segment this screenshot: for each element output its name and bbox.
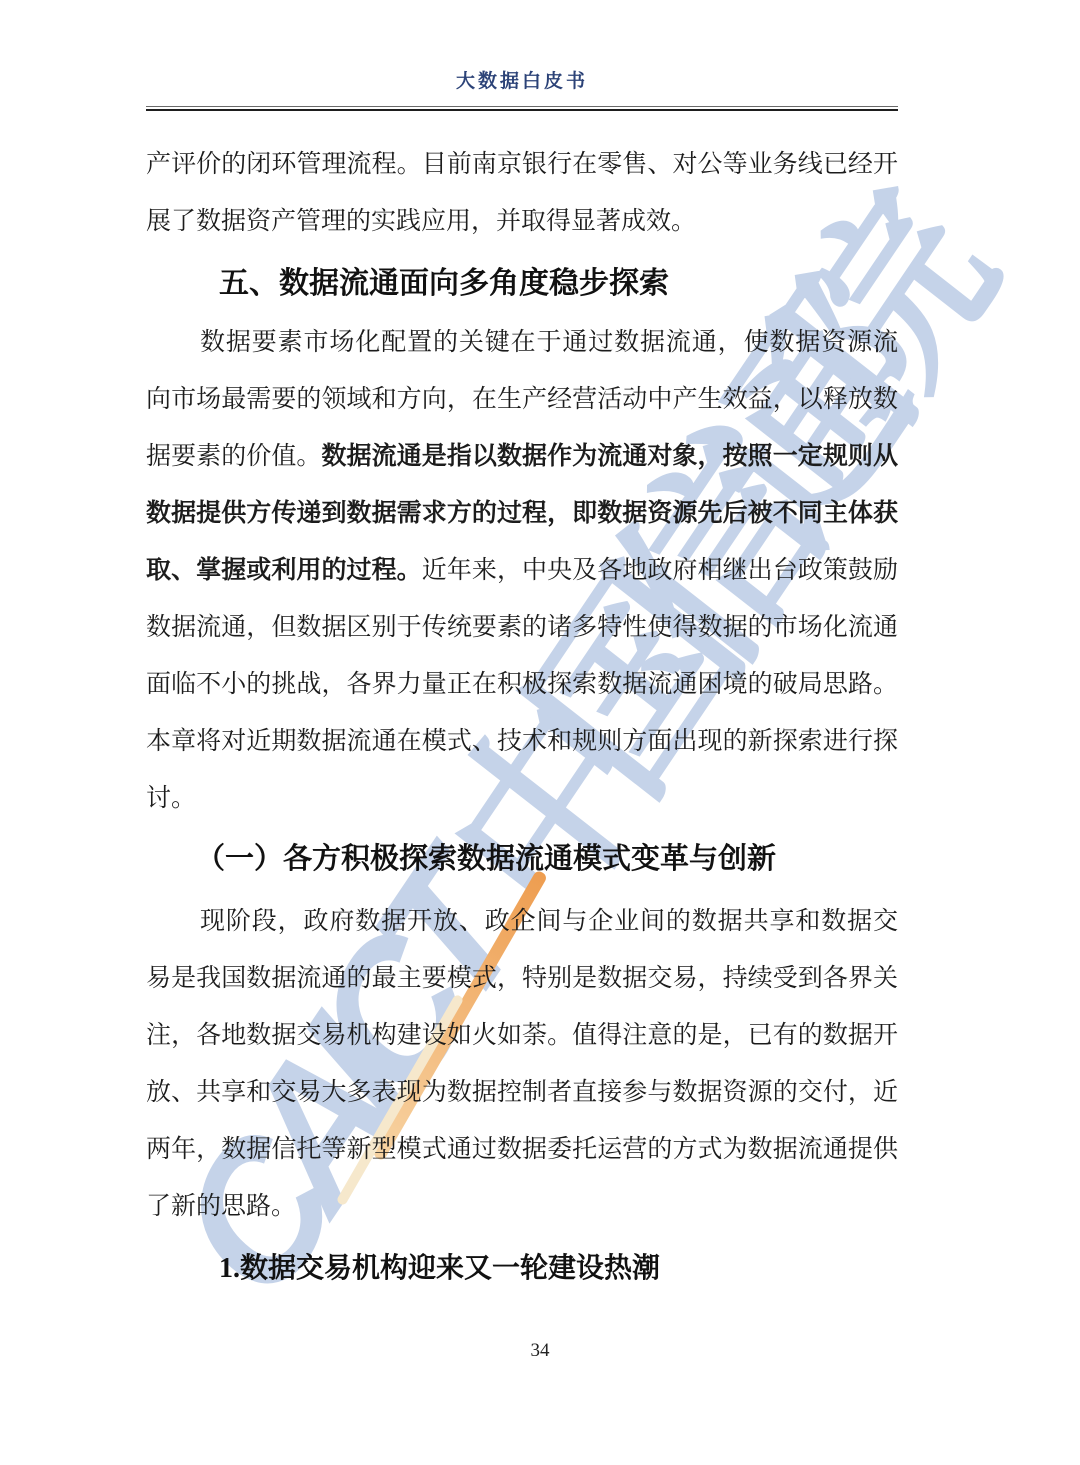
subsection-heading: （一）各方积极探索数据流通模式变革与创新: [146, 837, 898, 881]
document-title: 大数据白皮书: [146, 66, 898, 93]
paragraph-current-stage: 现阶段，政府数据开放、政企间与企业间的数据共享和数据交易是我国数据流通的最主要模…: [146, 893, 898, 1235]
page-footer: 34: [0, 1340, 1080, 1362]
paragraph-tail-text: 近年来，中央及各地政府相继出台政策鼓励数据流通，但数据区别于传统要素的诸多特性使…: [146, 557, 898, 812]
document-page: CAICT 中国信通院 大数据白皮书 产评价的闭环管理流程。目前南京银行在零售、…: [0, 0, 1080, 1465]
page-number: 34: [531, 1340, 550, 1361]
paragraph-data-circulation: 数据要素市场化配置的关键在于通过数据流通，使数据资源流向市场最需要的领域和方向，…: [146, 314, 898, 827]
page-content: 产评价的闭环管理流程。目前南京银行在零售、对公等业务线已经开展了数据资产管理的实…: [146, 114, 898, 1291]
numbered-heading: 1.数据交易机构迎来又一轮建设热潮: [146, 1247, 898, 1291]
section-heading: 五、数据流通面向多角度稳步探索: [146, 262, 898, 306]
page-header: 大数据白皮书: [146, 66, 898, 111]
paragraph-continuation: 产评价的闭环管理流程。目前南京银行在零售、对公等业务线已经开展了数据资产管理的实…: [146, 136, 898, 250]
header-rule: [146, 106, 898, 111]
